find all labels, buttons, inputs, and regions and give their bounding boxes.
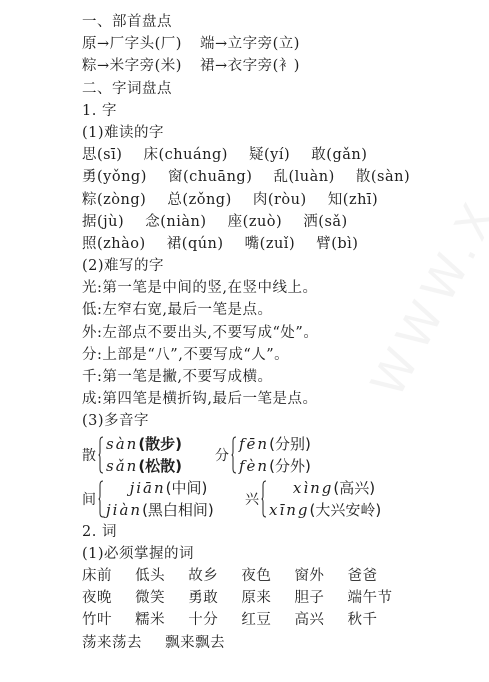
writing-tip: 光:第一笔是中间的竖,在竖中线上。 [82,277,482,299]
radical-item: 原→厂字头(厂) [82,33,182,55]
subheading-must-master: (1)必须掌握的词 [82,543,482,565]
word-item: 床前 [82,565,112,587]
polyphonic-reading: jiàn(黑白相间) [106,499,231,521]
radical-item: 端→立字旁(立) [200,33,300,55]
pinyin-row: 据(jù) 念(niàn) 座(zuò) 洒(sǎ) [82,211,482,233]
radical-item: 粽→米字旁(米) [82,55,182,77]
subheading-polyphonic: (3)多音字 [82,410,482,432]
word-row: 床前 低头 故乡 夜色 窗外 爸爸 [82,565,482,587]
subheading-characters: 1. 字 [82,100,482,122]
radical-row: 粽→米字旁(米)裙→衣字旁(衤) [82,55,482,77]
pinyin-item: 乱(luàn) [273,166,334,188]
polyphonic-group: 散 sàn(散步) sǎn(松散) [82,433,202,477]
section-heading-words: 二、字词盘点 [82,78,482,100]
word-item: 夜晚 [82,587,112,609]
subheading-words: 2. 词 [82,521,482,543]
word-item: 十分 [188,609,218,631]
word-item: 低头 [135,565,165,587]
writing-tip: 低:左窄右宽,最后一笔是点。 [82,299,482,321]
brace-icon [231,436,237,474]
pinyin-item: 洒(sǎ) [303,211,347,233]
polyphonic-char: 分 [215,445,229,465]
polyphonic-reading: xīng(大兴安岭) [269,499,399,521]
pinyin-item: 疑(yí) [249,144,290,166]
section-heading-radicals: 一、部首盘点 [82,11,482,33]
pinyin-item: 念(niàn) [145,211,206,233]
brace-icon [261,480,267,518]
subheading-hard-to-write: (2)难写的字 [82,255,482,277]
word-item: 勇敢 [188,587,218,609]
polyphonic-row: 散 sàn(散步) sǎn(松散) 分 fēn(分别) fèn(分外) [82,433,482,477]
word-item: 微笑 [135,587,165,609]
pinyin-item: 床(chuáng) [144,144,228,166]
word-item: 胆子 [294,587,324,609]
polyphonic-reading: jiān(中间) [106,477,231,499]
polyphonic-reading: fēn(分别) [239,433,311,455]
subheading-hard-to-read: (1)难读的字 [82,122,482,144]
word-item: 端午节 [348,587,393,609]
word-item: 荡来荡去 [82,632,142,654]
polyphonic-char: 兴 [245,489,259,509]
word-item: 糯米 [135,609,165,631]
writing-tip: 成:第四笔是横折钩,最后一笔是点。 [82,388,482,410]
word-item: 高兴 [294,609,324,631]
pinyin-item: 照(zhào) [82,233,146,255]
pinyin-row: 照(zhào) 裙(qún) 嘴(zuǐ) 臂(bì) [82,233,482,255]
word-item: 窗外 [294,565,324,587]
study-notes-page: 一、部首盘点 原→厂字头(厂)端→立字旁(立) 粽→米字旁(米)裙→衣字旁(衤)… [82,11,482,654]
polyphonic-reading: sàn(散步) [106,433,182,455]
polyphonic-char: 间 [82,489,96,509]
word-item: 爸爸 [348,565,378,587]
radical-item: 裙→衣字旁(衤) [200,55,300,77]
pinyin-item: 敢(gǎn) [311,144,367,166]
polyphonic-group: 分 fēn(分别) fèn(分外) [215,433,335,477]
pinyin-item: 座(zuò) [228,211,283,233]
word-item: 红豆 [241,609,271,631]
polyphonic-reading: fèn(分外) [239,455,311,477]
writing-tip: 外:左部点不要出头,不要写成“处”。 [82,322,482,344]
polyphonic-group: 间 jiān(中间) jiàn(黑白相间) [82,477,232,521]
pinyin-row: 粽(zòng) 总(zǒng) 肉(ròu) 知(zhī) [82,189,482,211]
polyphonic-row: 间 jiān(中间) jiàn(黑白相间) 兴 xìng(高兴) xīng(大兴… [82,477,482,521]
polyphonic-group: 兴 xìng(高兴) xīng(大兴安岭) [245,477,395,521]
word-row: 夜晚 微笑 勇敢 原来 胆子 端午节 [82,587,482,609]
word-item: 秋千 [348,609,378,631]
pinyin-row: 勇(yǒng) 窗(chuāng) 乱(luàn) 散(sàn) [82,166,482,188]
pinyin-item: 散(sàn) [356,166,410,188]
pinyin-item: 据(jù) [82,211,124,233]
polyphonic-reading: sǎn(松散) [106,455,182,477]
word-item: 故乡 [188,565,218,587]
pinyin-item: 知(zhī) [328,189,378,211]
writing-tip: 千:第一笔是撇,不要写成横。 [82,366,482,388]
polyphonic-reading: xìng(高兴) [269,477,399,499]
brace-icon [98,480,104,518]
word-item: 竹叶 [82,609,112,631]
word-item: 飘来飘去 [165,632,225,654]
pinyin-item: 思(sī) [82,144,122,166]
writing-tip: 分:上部是“八”,不要写成“人”。 [82,344,482,366]
word-row: 荡来荡去 飘来飘去 [82,632,482,654]
word-item: 夜色 [241,565,271,587]
brace-icon [98,436,104,474]
pinyin-item: 肉(ròu) [253,189,307,211]
pinyin-item: 粽(zòng) [82,189,146,211]
word-item: 原来 [241,587,271,609]
pinyin-item: 嘴(zuǐ) [245,233,295,255]
polyphonic-char: 散 [82,445,96,465]
pinyin-item: 窗(chuāng) [168,166,252,188]
pinyin-item: 裙(qún) [167,233,224,255]
radical-row: 原→厂字头(厂)端→立字旁(立) [82,33,482,55]
pinyin-row: 思(sī) 床(chuáng) 疑(yí) 敢(gǎn) [82,144,482,166]
pinyin-item: 臂(bì) [316,233,358,255]
pinyin-item: 总(zǒng) [167,189,231,211]
pinyin-item: 勇(yǒng) [82,166,147,188]
word-row: 竹叶 糯米 十分 红豆 高兴 秋千 [82,609,482,631]
